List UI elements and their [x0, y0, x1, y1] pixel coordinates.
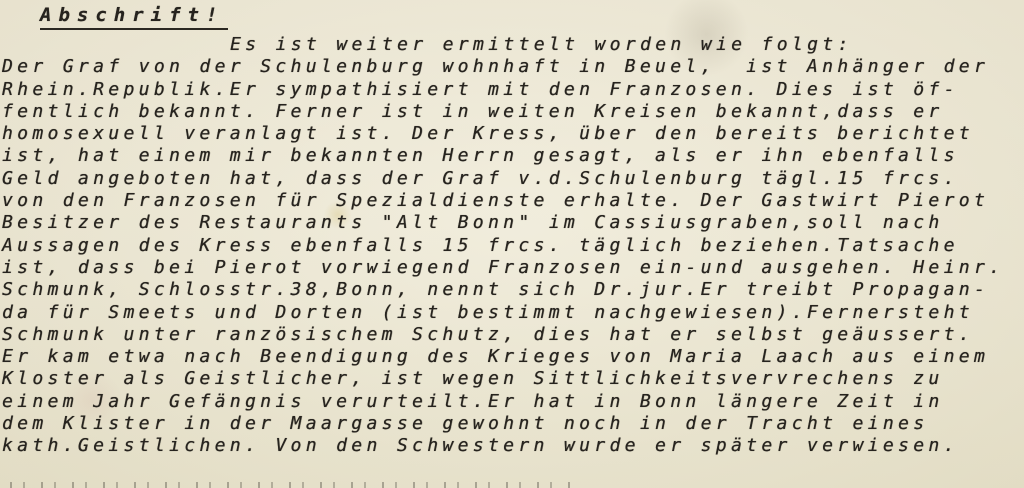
- text-line: da für Smeets und Dorten (ist bestimmt n…: [2, 302, 1024, 324]
- heading-row: Abschrift!: [40, 3, 1024, 34]
- text-line: Rhein.Republik.Er sympathisiert mit den …: [2, 79, 1024, 101]
- text-line: Der Graf von der Schulenburg wohnhaft in…: [2, 56, 1024, 78]
- text-line: von den Franzosen für Spezialdienste erh…: [2, 190, 1024, 212]
- text-line: Er kam etwa nach Beendigung des Krieges …: [2, 346, 1024, 368]
- text-line: Besitzer des Restaurants "Alt Bonn" im C…: [2, 212, 1024, 234]
- text-line: einem Jahr Gefängnis verurteilt.Er hat i…: [2, 391, 1024, 413]
- text-line: fentlich bekannt. Ferner ist in weiten K…: [2, 101, 1024, 123]
- text-line: ist, dass bei Pierot vorwiegend Franzose…: [2, 257, 1024, 279]
- text-line: Schmunk unter ranzösischem Schutz, dies …: [2, 324, 1024, 346]
- text-line: kath.Geistlichen. Von den Schwestern wur…: [2, 435, 1024, 457]
- text-line: Kloster als Geistlicher, ist wegen Sittl…: [2, 368, 1024, 390]
- typewritten-page: Abschrift! Es ist weiter ermittelt worde…: [0, 0, 1024, 488]
- cutoff-next-line-fragment: [10, 482, 570, 488]
- document-page: { "document": { "heading": "Abschrift!",…: [0, 0, 1024, 488]
- text-line: ist, hat einem mir bekannten Herrn gesag…: [2, 145, 1024, 167]
- text-line: homosexuell veranlagt ist. Der Kress, üb…: [2, 123, 1024, 145]
- page-title: Abschrift!: [40, 3, 228, 30]
- text-line: Schmunk, Schlosstr.38,Bonn, nennt sich D…: [2, 279, 1024, 301]
- text-line-intro: Es ist weiter ermittelt worden wie folgt…: [2, 34, 1024, 56]
- text-line: Geld angeboten hat, dass der Graf v.d.Sc…: [2, 168, 1024, 190]
- text-line: Aussagen des Kress ebenfalls 15 frcs. tä…: [2, 235, 1024, 257]
- text-line: dem Klister in der Maargasse gewohnt noc…: [2, 413, 1024, 435]
